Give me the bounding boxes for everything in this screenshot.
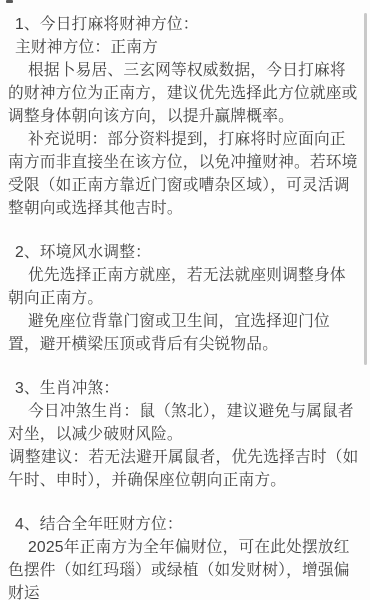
section-heading: 1、今日打麻将财神方位： xyxy=(8,13,360,36)
paragraph-authority-data: 根据卜易居、三玄网等权威数据，今日打麻将的财神方位为正南方，建议优先选择此方位就… xyxy=(8,59,360,128)
section-annual-wealth-direction: 4、结合全年旺财方位： 2025年正南方为全年偏财位，可在此处摆放红色摆件（如红… xyxy=(8,513,360,600)
article-content: 1、今日打麻将财神方位： 主财神方位：正南方 根据卜易居、三玄网等权威数据，今日… xyxy=(0,0,370,600)
paragraph-seating-avoidance: 避免座位背靠门窗或卫生间，宜选择迎门位置，避开横梁压顶或背后有尖锐物品。 xyxy=(8,310,360,356)
cropped-text-artifact xyxy=(6,0,13,3)
paragraph-main-direction: 主财神方位：正南方 xyxy=(8,36,360,59)
section-heading: 2、环境风水调整： xyxy=(8,241,360,264)
section-heading: 4、结合全年旺财方位： xyxy=(8,513,360,536)
section-mahjong-direction: 1、今日打麻将财神方位： 主财神方位：正南方 根据卜易居、三玄网等权威数据，今日… xyxy=(8,13,360,220)
document-page: 1、今日打麻将财神方位： 主财神方位：正南方 根据卜易居、三玄网等权威数据，今日… xyxy=(0,0,370,600)
section-zodiac-clash: 3、生肖冲煞： 今日冲煞生肖：鼠（煞北），建议避免与属鼠者对坐，以减少破财风险。… xyxy=(8,377,360,492)
paragraph-supplement-note: 补充说明：部分资料提到，打麻将时应面向正南方而非直接坐在该方位，以免冲撞财神。若… xyxy=(8,128,360,220)
paragraph-annual-wealth: 2025年正南方为全年偏财位，可在此处摆放红色摆件（如红玛瑙）或绿植（如发财树）… xyxy=(8,536,360,600)
section-fengshui-adjustment: 2、环境风水调整： 优先选择正南方就座，若无法就座则调整身体朝向正南方。 避免座… xyxy=(8,241,360,356)
scrollbar-thumb[interactable] xyxy=(364,13,367,365)
section-heading: 3、生肖冲煞： xyxy=(8,377,360,400)
paragraph-clash-zodiac: 今日冲煞生肖：鼠（煞北），建议避免与属鼠者对坐，以减少破财风险。 xyxy=(8,400,360,446)
paragraph-adjust-advice: 调整建议：若无法避开属鼠者，优先选择吉时（如午时、申时），并确保座位朝向正南方。 xyxy=(8,446,360,492)
paragraph-seating-priority: 优先选择正南方就座，若无法就座则调整身体朝向正南方。 xyxy=(8,264,360,310)
